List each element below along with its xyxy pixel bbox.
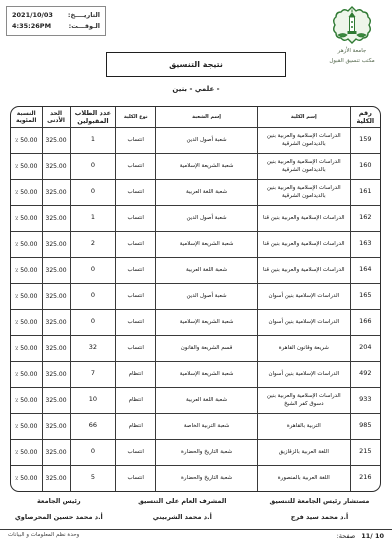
cell-code: 159: [350, 127, 380, 153]
cell-code: 215: [350, 439, 380, 465]
cell-students: 2: [70, 231, 116, 257]
cell-type: انتساب: [116, 309, 156, 335]
cell-type: انتساب: [116, 465, 156, 491]
cell-min_total: 325.00: [42, 335, 70, 361]
footer-divider: [0, 529, 392, 530]
cell-college: الدراسات الإسلامية والعربية بنين بالديدا…: [258, 179, 351, 205]
cell-percent: ٪ 50.00: [11, 179, 42, 205]
cell-min_total: 325.00: [42, 439, 70, 465]
cell-branch: قسم الشريعة والقانون: [156, 335, 258, 361]
cell-percent: ٪ 50.00: [11, 127, 42, 153]
cell-code: 166: [350, 309, 380, 335]
table-row: 162الدراسات الإسلامية والعربية بنين قناش…: [11, 205, 380, 231]
column-header-code: رقم الكلية: [350, 107, 380, 127]
cell-students: 0: [70, 153, 116, 179]
cell-branch: شعبة الشريعة الإسلامية: [156, 309, 258, 335]
azhar-emblem-icon: [322, 5, 382, 47]
cell-students: 0: [70, 439, 116, 465]
cell-type: انتساب: [116, 283, 156, 309]
org-office: مكتب تنسيق القبول: [322, 57, 382, 67]
signatures: مستشار رئيس الجامعة للتنسيق أ.د محمد سيد…: [0, 497, 392, 521]
table-row: 215اللغة العربية بالزقازيقشعبة التاريخ و…: [11, 439, 380, 465]
cell-code: 492: [350, 361, 380, 387]
table-row: 161الدراسات الإسلامية والعربية بنين بالد…: [11, 179, 380, 205]
page-number-value: 11/ 10: [361, 532, 384, 540]
signature-title: المشرف العام على التنسيق: [118, 497, 247, 505]
cell-type: انتساب: [116, 257, 156, 283]
cell-branch: شعبة أصول الدين: [156, 127, 258, 153]
cell-min_total: 325.00: [42, 283, 70, 309]
table-row: 204شريعة وقانون القاهرةقسم الشريعة والقا…: [11, 335, 380, 361]
cell-min_total: 325.00: [42, 179, 70, 205]
org-name: جامعة الأزهر: [322, 47, 382, 57]
signature-title: مستشار رئيس الجامعة للتنسيق: [247, 497, 392, 505]
cell-college: الدراسات الإسلامية والعربية بنين قنا: [258, 231, 351, 257]
cell-min_total: 325.00: [42, 465, 70, 491]
page-number-label: صفحة:: [337, 532, 356, 540]
cell-type: انتظام: [116, 413, 156, 439]
column-header-min_total: الحد الأدنى: [42, 107, 70, 127]
cell-type: انتساب: [116, 205, 156, 231]
cell-college: الدراسات الإسلامية والعربية بنين قنا: [258, 205, 351, 231]
cell-percent: ٪ 50.00: [11, 231, 42, 257]
table-row: 159الدراسات الإسلامية والعربية بنين بالد…: [11, 127, 380, 153]
cell-students: 5: [70, 465, 116, 491]
column-header-percent: النسبة المئوية: [11, 107, 42, 127]
cell-students: 0: [70, 257, 116, 283]
cell-branch: شعبة التربية الخاصة: [156, 413, 258, 439]
cell-code: 216: [350, 465, 380, 491]
cell-percent: ٪ 50.00: [11, 283, 42, 309]
cell-students: 7: [70, 361, 116, 387]
cell-type: انتساب: [116, 335, 156, 361]
cell-college: الدراسات الإسلامية بنين أسوان: [258, 283, 351, 309]
cell-branch: شعبة اللغة العربية: [156, 257, 258, 283]
cell-branch: شعبة التاريخ والحضارة: [156, 439, 258, 465]
cell-min_total: 325.00: [42, 231, 70, 257]
cell-type: انتظام: [116, 361, 156, 387]
cell-code: 162: [350, 205, 380, 231]
cell-code: 985: [350, 413, 380, 439]
cell-percent: ٪ 50.00: [11, 153, 42, 179]
cell-branch: شعبة الشريعة الإسلامية: [156, 231, 258, 257]
time-label: الـوقـــت:: [69, 21, 100, 32]
cell-college: الدراسات الإسلامية بنين أسوان: [258, 361, 351, 387]
cell-branch: شعبة التاريخ والحضارة: [156, 465, 258, 491]
cell-code: 933: [350, 387, 380, 413]
cell-code: 165: [350, 283, 380, 309]
cell-percent: ٪ 50.00: [11, 257, 42, 283]
it-unit-name: وحدة نظم المعلومات و البيانات: [8, 532, 79, 538]
table-row: 160الدراسات الإسلامية والعربية بنين بالد…: [11, 153, 380, 179]
date-row: التاريــــخ: 2021/10/03: [12, 10, 100, 21]
cell-branch: شعبة أصول الدين: [156, 283, 258, 309]
cell-branch: شعبة الشريعة الإسلامية: [156, 361, 258, 387]
column-header-college: إسم الكلية: [258, 107, 351, 127]
cell-branch: شعبة أصول الدين: [156, 205, 258, 231]
cell-percent: ٪ 50.00: [11, 465, 42, 491]
report-title-box: نتيجة التنسيق: [106, 52, 286, 77]
date-label: التاريــــخ:: [68, 10, 100, 21]
datetime-box: التاريــــخ: 2021/10/03 الـوقـــت: 4:35:…: [6, 6, 106, 36]
cell-college: اللغة العربية بالمنصورة: [258, 465, 351, 491]
cell-min_total: 325.00: [42, 387, 70, 413]
signature-name: أ.د محمد الشربيني: [118, 513, 247, 521]
date-value: 2021/10/03: [12, 10, 53, 21]
logo-block: جامعة الأزهر مكتب تنسيق القبول: [322, 5, 382, 67]
column-header-students: عدد الطلاب المقبولين: [70, 107, 116, 127]
table-row: 216اللغة العربية بالمنصورةشعبة التاريخ و…: [11, 465, 380, 491]
table-row: 164الدراسات الإسلامية والعربية بنين قناش…: [11, 257, 380, 283]
cell-code: 160: [350, 153, 380, 179]
results-table: رقم الكليةإسم الكليةإسم الشعبةنوع الكلية…: [11, 107, 380, 491]
cell-branch: شعبة اللغة العربية: [156, 387, 258, 413]
table-row: 166الدراسات الإسلامية بنين أسوانشعبة الش…: [11, 309, 380, 335]
cell-type: انتساب: [116, 179, 156, 205]
cell-min_total: 325.00: [42, 361, 70, 387]
table-header-row: رقم الكليةإسم الكليةإسم الشعبةنوع الكلية…: [11, 107, 380, 127]
cell-percent: ٪ 50.00: [11, 361, 42, 387]
cell-code: 163: [350, 231, 380, 257]
signature-general-supervisor: المشرف العام على التنسيق أ.د محمد الشربي…: [118, 497, 247, 521]
footer-line: وحدة نظم المعلومات و البيانات 11/ 10 صفح…: [8, 532, 384, 540]
results-table-wrap: رقم الكليةإسم الكليةإسم الشعبةنوع الكلية…: [10, 106, 381, 492]
signature-title: رئيس الجامعة: [0, 497, 118, 505]
cell-students: 0: [70, 309, 116, 335]
cell-students: 0: [70, 283, 116, 309]
cell-students: 32: [70, 335, 116, 361]
table-row: 163الدراسات الإسلامية والعربية بنين قناش…: [11, 231, 380, 257]
column-header-branch: إسم الشعبة: [156, 107, 258, 127]
signature-name: أ.د محمد حسين المحرصاوي: [0, 513, 118, 521]
cell-min_total: 325.00: [42, 153, 70, 179]
cell-percent: ٪ 50.00: [11, 413, 42, 439]
cell-min_total: 325.00: [42, 127, 70, 153]
table-row: 165الدراسات الإسلامية بنين أسوانشعبة أصو…: [11, 283, 380, 309]
signature-name: أ.د محمد سيد فرج: [247, 513, 392, 521]
cell-college: اللغة العربية بالزقازيق: [258, 439, 351, 465]
cell-students: 0: [70, 179, 116, 205]
cell-students: 10: [70, 387, 116, 413]
page-number: 11/ 10 صفحة:: [337, 532, 384, 540]
cell-percent: ٪ 50.00: [11, 205, 42, 231]
cell-percent: ٪ 50.00: [11, 439, 42, 465]
table-row: 933الدراسات الإسلامية والعربية بنين دسوق…: [11, 387, 380, 413]
cell-college: الدراسات الإسلامية والعربية بنين قنا: [258, 257, 351, 283]
signature-university-president: رئيس الجامعة أ.د محمد حسين المحرصاوي: [0, 497, 118, 521]
report-page: التاريــــخ: 2021/10/03 الـوقـــت: 4:35:…: [0, 0, 392, 555]
cell-min_total: 325.00: [42, 257, 70, 283]
cell-college: شريعة وقانون القاهرة: [258, 335, 351, 361]
cell-code: 164: [350, 257, 380, 283]
cell-branch: شعبة اللغة العربية: [156, 179, 258, 205]
cell-min_total: 325.00: [42, 205, 70, 231]
signature-coordination-advisor: مستشار رئيس الجامعة للتنسيق أ.د محمد سيد…: [247, 497, 392, 521]
cell-code: 161: [350, 179, 380, 205]
time-value: 4:35:26PM: [12, 21, 51, 32]
cell-min_total: 325.00: [42, 309, 70, 335]
table-body: 159الدراسات الإسلامية والعربية بنين بالد…: [11, 127, 380, 491]
cell-branch: شعبة الشريعة الإسلامية: [156, 153, 258, 179]
cell-percent: ٪ 50.00: [11, 309, 42, 335]
cell-type: انتساب: [116, 127, 156, 153]
report-subtitle: - علمي - بنين: [0, 85, 392, 93]
cell-type: انتساب: [116, 439, 156, 465]
cell-college: الدراسات الإسلامية والعربية بنين دسوق كف…: [258, 387, 351, 413]
cell-min_total: 325.00: [42, 413, 70, 439]
cell-percent: ٪ 50.00: [11, 387, 42, 413]
cell-percent: ٪ 50.00: [11, 335, 42, 361]
cell-code: 204: [350, 335, 380, 361]
cell-type: انتظام: [116, 387, 156, 413]
cell-college: الدراسات الإسلامية بنين أسوان: [258, 309, 351, 335]
report-title: نتيجة التنسيق: [169, 60, 223, 69]
cell-students: 1: [70, 127, 116, 153]
time-row: الـوقـــت: 4:35:26PM: [12, 21, 100, 32]
cell-type: انتساب: [116, 153, 156, 179]
column-header-type: نوع الكلية: [116, 107, 156, 127]
cell-college: الدراسات الإسلامية والعربية بنين بالديدا…: [258, 153, 351, 179]
table-row: 985التربية بالقاهرةشعبة التربية الخاصةان…: [11, 413, 380, 439]
cell-college: الدراسات الإسلامية والعربية بنين بالديدا…: [258, 127, 351, 153]
table-row: 492الدراسات الإسلامية بنين أسوانشعبة الش…: [11, 361, 380, 387]
cell-students: 66: [70, 413, 116, 439]
cell-students: 1: [70, 205, 116, 231]
cell-type: انتساب: [116, 231, 156, 257]
cell-college: التربية بالقاهرة: [258, 413, 351, 439]
